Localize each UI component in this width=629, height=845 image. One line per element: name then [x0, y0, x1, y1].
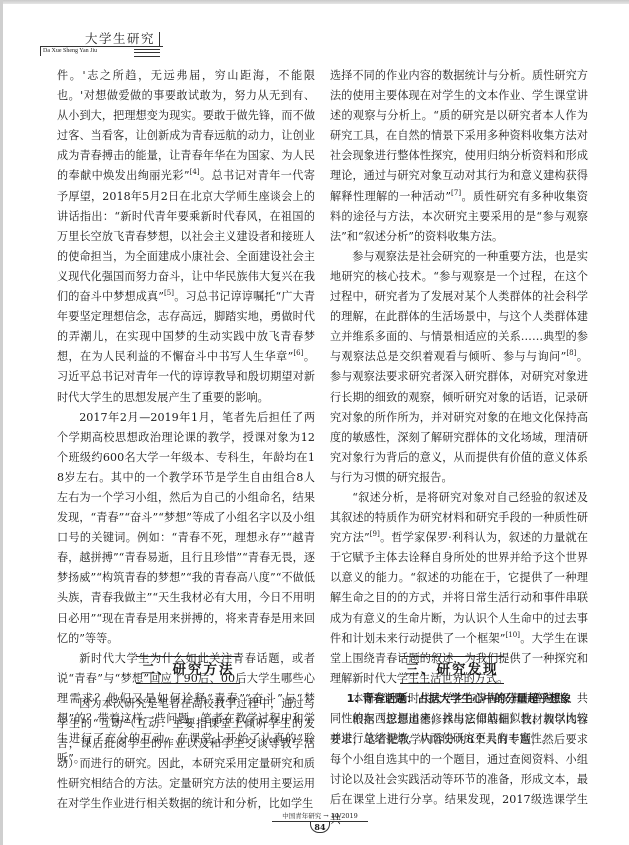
page-footer: 中国青年研究 → 10/2019 84 — [272, 812, 368, 833]
citation-marker: [9] — [370, 530, 380, 538]
paragraph: 因为本次研究是笔者在高校教学过程中，通过与学生的“互动”（互动：主要指课堂上倾听… — [57, 694, 315, 815]
paragraph: 参与观察法是社会研究的一种重要方法，也是实地研究的核心技术。“参与观察是一个过程… — [330, 247, 588, 488]
section-heading-methods: 二、研究方法 — [136, 656, 240, 684]
citation-marker: [4] — [190, 168, 200, 176]
findings-subheading: 1. 青春话题：占据大学生心中的分量超乎想象 — [330, 691, 588, 707]
citation-marker: [10] — [506, 631, 521, 639]
right-column: 选择不同的作业内容的数据统计与分析。质性研究方法的使用主要体现在对学生的文本作业… — [330, 66, 588, 749]
paragraph: 2017年2月—2019年1月，笔者先后担任了两个学期高校思想政治理论课的教学，… — [57, 408, 315, 649]
citation-marker: [5] — [164, 289, 174, 297]
journal-issue: 中国青年研究 → 10/2019 — [272, 812, 368, 822]
page-number: 84 — [310, 822, 330, 833]
paragraph: 件。'志之所趋，无远弗届，穷山距海，不能限也。'对想做爱做的事要敢试敢为，努力从… — [57, 66, 315, 408]
paragraph: 选择不同的作业内容的数据统计与分析。质性研究方法的使用主要体现在对学生的文本作业… — [330, 66, 588, 247]
running-header: 大学生研究 Da Xue Sheng Yan Jiu — [40, 30, 160, 58]
page-frame-left — [0, 0, 3, 845]
running-header-title: 大学生研究 — [85, 32, 160, 46]
page-frame-top — [0, 0, 629, 4]
findings-body: 根据《思想道德修养与法律基础》教材教学内容要求，笔者把教学内容分为8个大的专题，… — [330, 710, 588, 831]
section-heading-findings: 三、研究发现 — [400, 656, 504, 684]
citation-marker: [6] — [293, 349, 303, 357]
header-rule-decoration — [134, 49, 160, 57]
methods-body: 因为本次研究是笔者在高校教学过程中，通过与学生的“互动”（互动：主要指课堂上倾听… — [57, 694, 315, 815]
paragraph: 根据《思想道德修养与法律基础》教材教学内容要求，笔者把教学内容分为8个大的专题，… — [330, 710, 588, 831]
citation-marker: [7] — [451, 189, 461, 197]
citation-marker: [8] — [566, 349, 576, 357]
